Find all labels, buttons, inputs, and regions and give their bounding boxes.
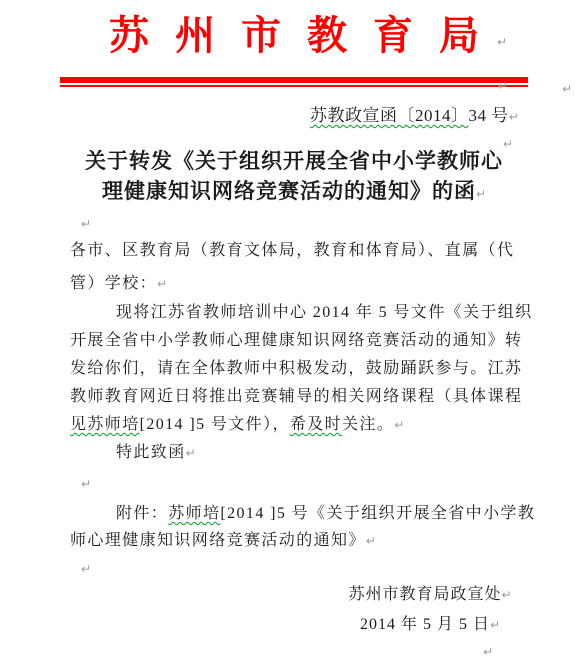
body-line: 教师教育网近日将推出竞赛辅导的相关网络课程（具体课程 [70,383,522,411]
body-text: 教师教育网近日将推出竞赛辅导的相关网络课程（具体课程 [70,388,522,405]
body-line: 现将江苏省教师培训中心 2014 年 5 号文件《关于组织 [70,299,522,327]
body-line: 各市、区教育局（教育文体局，教育和体育局）、直属（代 [70,234,522,267]
document-page: 苏州市教育局 ↵ ↵ ↵ 苏教政宣函〔2014〕34 号↵ ↵ 关于转发《关于组… [0,0,588,662]
document-title-line2: 理健康知识网络竞赛活动的通知》的函↵ [40,176,548,209]
document-title: 关于转发《关于组织开展全省中小学教师心 理健康知识网络竞赛活动的通知》的函↵ [40,146,548,209]
attachment-paragraph: 附件：苏师培[2014 ]5 号《关于组织开展全省中小学教师心理健康知识网络竞赛… [70,500,522,554]
signature-org: 苏州市教育局政宣处↵ [310,580,550,610]
document-title-line1: 关于转发《关于组织开展全省中小学教师心 [40,146,548,176]
paragraph-mark: ↵ [157,277,167,291]
paragraph-mark: ↵ [490,618,500,632]
body-text: 管）学校： [70,275,157,292]
paragraph-mark: ↵ [497,36,507,48]
paragraph-mark: ↵ [562,83,572,95]
body-line: 见苏师培[2014 ]5 号文件），希及时关注。↵ [70,411,522,439]
paragraph-mark: ↵ [366,534,376,548]
main-paragraph: 现将江苏省教师培训中心 2014 年 5 号文件《关于组织开展全省中小学教师心理… [70,299,522,439]
body-text: 发给你们，请在全体教师中积极发动，鼓励踊跃参与。江苏 [70,360,522,377]
body-line: 管）学校：↵ [70,267,522,300]
body-line: 发给你们，请在全体教师中积极发动，鼓励踊跃参与。江苏 [70,355,522,383]
doc-reference-number: 苏教政宣函〔2014〕34 号↵ [310,101,519,126]
body-text: 现将江苏省教师培训中心 2014 年 5 号文件《关于组织 [116,304,533,321]
body-text: 关注。 [342,416,394,433]
signature-block: 苏州市教育局政宣处↵ 2014 年 5 月 5 日↵ [310,580,550,640]
body-text: 各市、区教育局（教育文体局，教育和体育局）、直属（代 [70,242,514,259]
paragraph-mark: ↵ [394,418,404,432]
body-text: 师心理健康知识网络竞赛活动的通知》 [70,532,366,549]
body-text: 开展全省中小学教师心理健康知识网络竞赛活动的通知》转 [70,332,522,349]
body-text: [2014 ]5 号文件）， [140,416,290,433]
salutation-paragraph: 各市、区教育局（教育文体局，教育和体育局）、直属（代管）学校：↵ [70,234,522,300]
paragraph-mark: ↵ [498,80,508,92]
body-line: 开展全省中小学教师心理健康知识网络竞赛活动的通知》转 [70,327,522,355]
signature-date: 2014 年 5 月 5 日↵ [310,610,550,640]
spellcheck-underlined-text: 苏师培 [168,505,220,522]
body-text: [2014 ]5 号《关于组织开展全省中小学教 [220,505,535,522]
doc-number-plain-segment: 34 号 [469,106,509,125]
paragraph-mark: ↵ [501,588,511,602]
paragraph-mark: ↵ [483,646,493,658]
spellcheck-underlined-text: 见苏师培 [70,416,140,433]
body-text: 特此致函 [116,444,186,461]
paragraph-mark: ↵ [186,446,196,460]
paragraph-mark: ↵ [81,478,91,490]
body-line: 附件：苏师培[2014 ]5 号《关于组织开展全省中小学教 [70,500,522,527]
doc-number-spellcheck-segment: 苏教政宣函〔2014〕 [310,106,469,125]
paragraph-mark: ↵ [81,218,91,230]
paragraph-mark: ↵ [476,187,486,201]
body-text: 附件： [116,505,168,522]
body-line: 师心理健康知识网络竞赛活动的通知》↵ [70,527,522,554]
paragraph-mark: ↵ [81,563,91,575]
spellcheck-underlined-text: 希及时 [290,416,342,433]
body-line: 特此致函↵ [70,439,522,467]
paragraph-mark: ↵ [509,110,519,124]
letterhead-rule-thick [60,77,528,83]
closing-paragraph: 特此致函↵ [70,439,522,467]
letterhead-rule-thin [60,85,528,87]
